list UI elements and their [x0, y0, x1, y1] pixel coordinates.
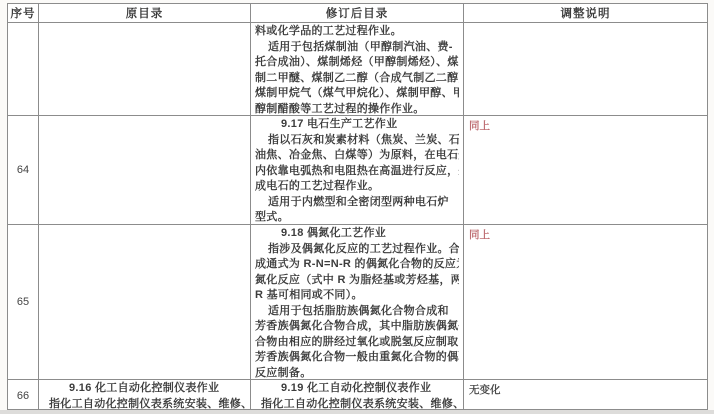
text-line: 托合成油）、煤制烯烃（甲醇制烯烃）、煤: [255, 55, 459, 71]
text-line: 9.16 化工自动化控制仪表作业: [43, 381, 246, 397]
text-line: 适用于包括煤制油（甲醇制汽油、费-: [255, 40, 459, 56]
header-adjustment-note: 调整说明: [464, 4, 707, 22]
seq-cell: [8, 23, 39, 115]
text-line: 煤制甲烷气（煤气甲烷化）、煤制甲醇、甲: [255, 86, 459, 102]
text-line: 料或化学品的工艺过程作业。: [255, 24, 459, 40]
seq-number: 65: [17, 296, 29, 308]
original-catalog-cell: [39, 225, 251, 379]
text-line: 内依靠电弧热和电阻热在高温进行反应，生: [255, 164, 459, 180]
adjustment-note-cell: 同上: [464, 116, 707, 224]
document-page: 序号 原目录 修订后目录 调整说明 料或化学品的工艺过程作业。适用于包括煤制油（…: [0, 0, 714, 414]
text-line: 适用于内燃型和全密闭型两种电石炉: [255, 195, 459, 211]
revised-catalog-cell: 9.17 电石生产工艺作业指以石灰和炭素材料（焦炭、兰炭、石油焦、冶金焦、白煤等…: [251, 116, 464, 224]
seq-number: 64: [17, 164, 29, 176]
text-line: 成通式为 R-N=N-R 的偶氮化合物的反应为偶: [255, 257, 459, 273]
seq-cell: 66: [8, 380, 39, 409]
table-row: 669.16 化工自动化控制仪表作业指化工自动化控制仪表系统安装、维修、9.19…: [8, 380, 707, 409]
text-line: 芳香族偶氮化合物一般由重氮化合物的偶联: [255, 350, 459, 366]
text-line: 氮化反应（式中 R 为脂烃基或芳烃基，两个: [255, 273, 459, 289]
revised-catalog-cell: 9.19 化工自动化控制仪表作业指化工自动化控制仪表系统安装、维修、: [251, 380, 464, 409]
original-catalog-cell: [39, 116, 251, 224]
page-bottom-edge: [0, 410, 714, 414]
text-line: 9.18 偶氮化工艺作业: [255, 226, 459, 242]
original-catalog-cell: [39, 23, 251, 115]
text-line: 指化工自动化控制仪表系统安装、维修、: [43, 397, 246, 410]
text-line: 制二甲醚、煤制乙二醇（合成气制乙二醇）、: [255, 71, 459, 87]
adjustment-note-cell: 同上: [464, 225, 707, 379]
adjustment-note-text: 同上: [464, 116, 707, 136]
text-line: 芳香族偶氮化合物合成，其中脂肪族偶氮化: [255, 319, 459, 335]
header-seq: 序号: [8, 4, 39, 22]
text-line: 成电石的工艺过程作业。: [255, 179, 459, 195]
revised-catalog-cell: 9.18 偶氮化工艺作业指涉及偶氮化反应的工艺过程作业。合成通式为 R-N=N-…: [251, 225, 464, 379]
text-line: 指化工自动化控制仪表系统安装、维修、: [255, 397, 459, 410]
table-row: 料或化学品的工艺过程作业。适用于包括煤制油（甲醇制汽油、费-托合成油）、煤制烯烃…: [8, 23, 707, 116]
table-row: 659.18 偶氮化工艺作业指涉及偶氮化反应的工艺过程作业。合成通式为 R-N=…: [8, 225, 707, 380]
text-line: 指涉及偶氮化反应的工艺过程作业。合: [255, 242, 459, 258]
seq-cell: 65: [8, 225, 39, 379]
adjustment-note-cell: 无变化: [464, 380, 707, 409]
header-revised-catalog: 修订后目录: [251, 4, 464, 22]
header-original-catalog: 原目录: [39, 4, 251, 22]
adjustment-note-cell: [464, 23, 707, 115]
text-line: R 基可相同或不同）。: [255, 288, 459, 304]
original-catalog-cell: 9.16 化工自动化控制仪表作业指化工自动化控制仪表系统安装、维修、: [39, 380, 251, 409]
revised-catalog-cell: 料或化学品的工艺过程作业。适用于包括煤制油（甲醇制汽油、费-托合成油）、煤制烯烃…: [251, 23, 464, 115]
text-line: 反应制备。: [255, 366, 459, 380]
text-line: 醇制醋酸等工艺过程的操作作业。: [255, 102, 459, 116]
text-line: 9.17 电石生产工艺作业: [255, 117, 459, 133]
table-body: 料或化学品的工艺过程作业。适用于包括煤制油（甲醇制汽油、费-托合成油）、煤制烯烃…: [8, 23, 707, 409]
text-line: 适用于包括脂肪族偶氮化合物合成和: [255, 304, 459, 320]
text-line: 油焦、冶金焦、白煤等）为原料，在电石炉: [255, 148, 459, 164]
adjustment-note-text: 同上: [464, 225, 707, 245]
table-row: 649.17 电石生产工艺作业指以石灰和炭素材料（焦炭、兰炭、石油焦、冶金焦、白…: [8, 116, 707, 225]
text-line: 型式。: [255, 210, 459, 224]
table-header-row: 序号 原目录 修订后目录 调整说明: [8, 4, 707, 23]
text-line: 9.19 化工自动化控制仪表作业: [255, 381, 459, 397]
adjustment-note-text: 无变化: [464, 380, 707, 400]
seq-number: 66: [17, 390, 29, 402]
seq-cell: 64: [8, 116, 39, 224]
text-line: 指以石灰和炭素材料（焦炭、兰炭、石: [255, 133, 459, 149]
catalog-revision-table: 序号 原目录 修订后目录 调整说明 料或化学品的工艺过程作业。适用于包括煤制油（…: [7, 3, 708, 410]
text-line: 合物由相应的肼经过氧化或脱氢反应制取，: [255, 335, 459, 351]
